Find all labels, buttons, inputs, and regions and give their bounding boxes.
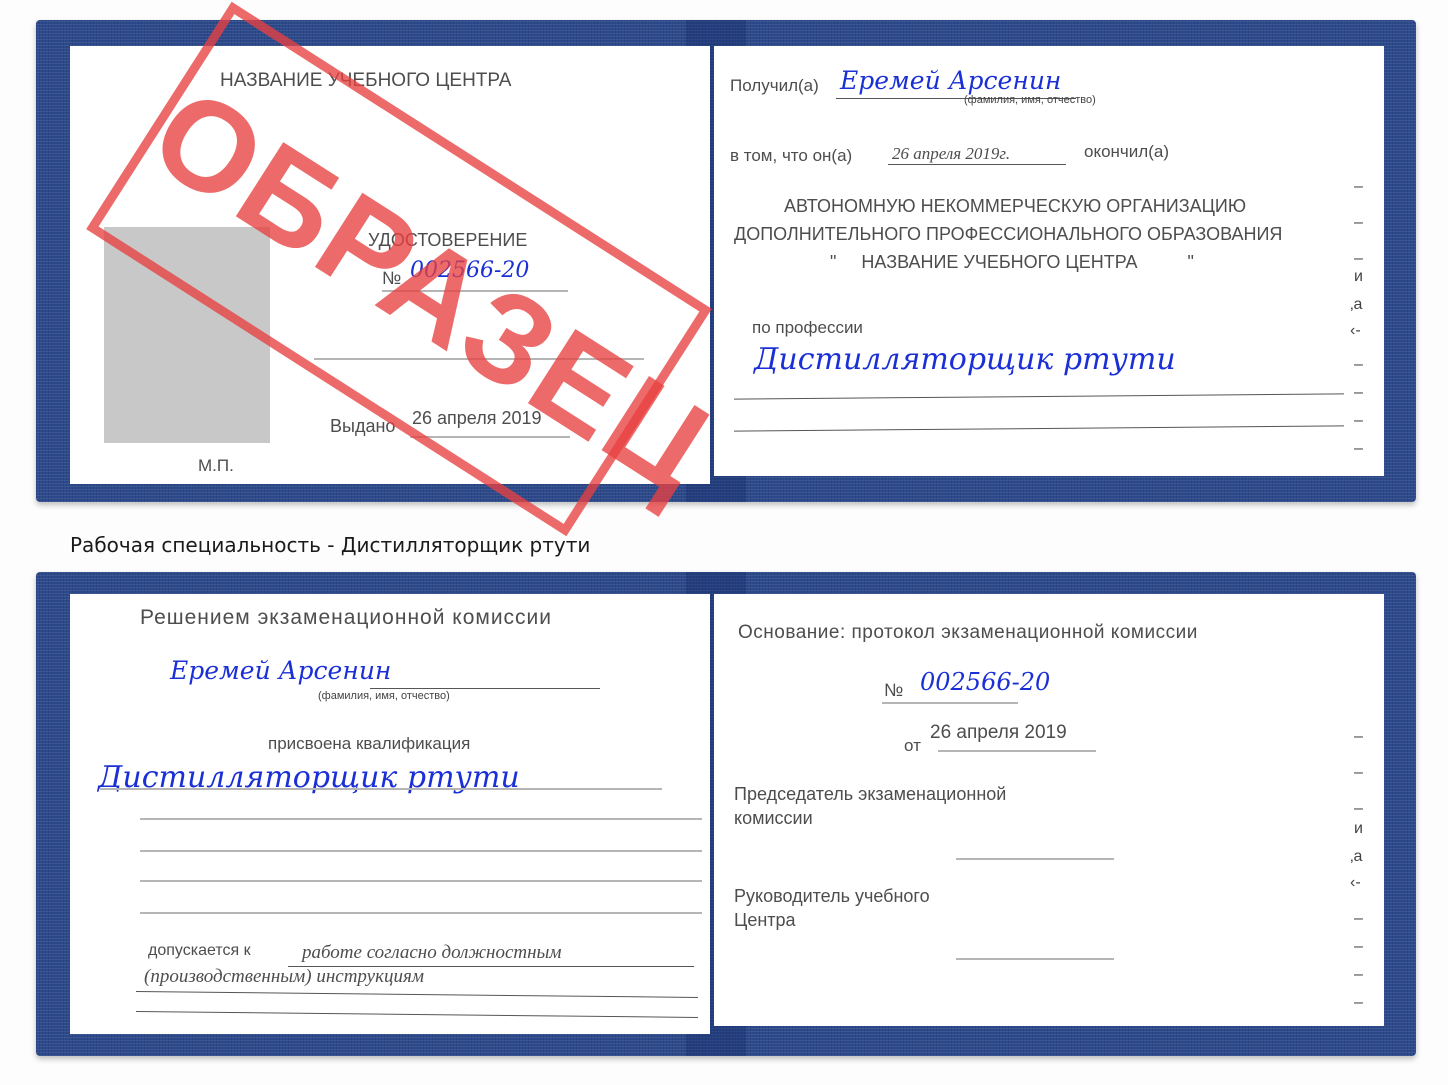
edge-mark: – xyxy=(1354,440,1363,458)
recipient-name: Еремей Арсенин xyxy=(840,66,1061,95)
protocol-number: 002566-20 xyxy=(920,668,1050,696)
head-label-1: Руководитель учебного xyxy=(734,886,930,907)
edge-mark: и xyxy=(1354,268,1363,286)
top-certificate-cover: НАЗВАНИЕ УЧЕБНОГО ЦЕНТРА УДОСТОВЕРЕНИЕ №… xyxy=(36,20,1416,502)
bottom-left-page: Решением экзаменационной комиссии Еремей… xyxy=(70,594,710,1034)
edge-mark: ‚а xyxy=(1350,296,1362,314)
org-line-2: ДОПОЛНИТЕЛЬНОГО ПРОФЕССИОНАЛЬНОГО ОБРАЗО… xyxy=(734,224,1282,245)
protocol-number-label: № xyxy=(884,680,903,701)
edge-mark: ‹- xyxy=(1350,874,1361,892)
org-line-1: АВТОНОМНУЮ НЕКОММЕРЧЕСКУЮ ОРГАНИЗАЦИЮ xyxy=(784,196,1246,217)
profession-underline-1 xyxy=(734,393,1344,399)
edge-mark: – xyxy=(1354,966,1363,984)
photo-placeholder xyxy=(104,227,270,443)
edge-mark: – xyxy=(1354,214,1363,232)
decision-label: Решением экзаменационной комиссии xyxy=(140,606,552,630)
admitted-label: допускается к xyxy=(148,942,251,960)
blank-line xyxy=(140,818,702,820)
basis-label: Основание: протокол экзаменационной коми… xyxy=(738,622,1198,644)
profession-underline-2 xyxy=(734,425,1344,431)
training-center-name: НАЗВАНИЕ УЧЕБНОГО ЦЕНТРА xyxy=(220,70,512,92)
qualification-underline xyxy=(100,788,662,790)
issued-underline xyxy=(410,436,570,438)
edge-mark: – xyxy=(1354,938,1363,956)
admitted-underline-2 xyxy=(136,991,698,998)
edge-mark: и xyxy=(1354,820,1363,838)
protocol-date-label: от xyxy=(904,736,921,756)
certificate-title: УДОСТОВЕРЕНИЕ xyxy=(368,230,527,251)
profession-label: по профессии xyxy=(752,318,863,338)
edge-mark: ‹- xyxy=(1350,322,1361,340)
finished-label: окончил(а) xyxy=(1084,142,1169,162)
that-label: в том, что он(а) xyxy=(730,146,852,166)
finish-date: 26 апреля 2019г. xyxy=(892,144,1010,164)
issued-date: 26 апреля 2019 xyxy=(412,408,542,429)
blank-line xyxy=(140,880,702,882)
edge-mark: – xyxy=(1354,412,1363,430)
profession-value: Дистилляторщик ртути xyxy=(754,342,1176,377)
received-label: Получил(а) xyxy=(730,76,819,96)
admitted-underline-3 xyxy=(136,1011,698,1018)
specialty-caption: Рабочая специальность - Дистилляторщик р… xyxy=(70,533,590,557)
top-left-page: НАЗВАНИЕ УЧЕБНОГО ЦЕНТРА УДОСТОВЕРЕНИЕ №… xyxy=(70,46,710,484)
blank-line xyxy=(140,912,702,914)
protocol-date-underline xyxy=(938,750,1096,752)
edge-mark: – xyxy=(1354,384,1363,402)
edge-mark: – xyxy=(1354,764,1363,782)
graduate-name-hint: (фамилия, имя, отчество) xyxy=(318,690,450,702)
org-line-3: " НАЗВАНИЕ УЧЕБНОГО ЦЕНТРА " xyxy=(830,252,1194,273)
bottom-certificate-cover: Решением экзаменационной комиссии Еремей… xyxy=(36,572,1416,1056)
qualification-label: присвоена квалификация xyxy=(268,734,470,754)
head-signature-line[interactable] xyxy=(956,958,1114,960)
certificate-number: 002566-20 xyxy=(410,258,529,283)
seal-label: М.П. xyxy=(198,456,234,476)
protocol-date: 26 апреля 2019 xyxy=(930,722,1067,744)
chairman-label-1: Председатель экзаменационной xyxy=(734,784,1006,805)
bottom-right-page: Основание: протокол экзаменационной коми… xyxy=(714,594,1384,1026)
issued-label: Выдано xyxy=(330,416,395,437)
graduate-name-underline xyxy=(370,688,600,689)
chairman-label-2: комиссии xyxy=(734,808,813,829)
finish-date-underline xyxy=(888,164,1066,165)
head-label-2: Центра xyxy=(734,910,796,931)
name-hint: (фамилия, имя, отчество) xyxy=(964,94,1096,106)
certificate-number-label: № xyxy=(382,268,401,289)
edge-mark: – xyxy=(1354,728,1363,746)
blank-line xyxy=(314,358,644,360)
top-right-page: Получил(а) Еремей Арсенин (фамилия, имя,… xyxy=(714,46,1384,476)
protocol-number-underline xyxy=(882,702,1018,704)
chairman-signature-line[interactable] xyxy=(956,858,1114,860)
admitted-line-1: работе согласно должностным xyxy=(302,942,562,964)
edge-mark: – xyxy=(1354,178,1363,196)
edge-mark: – xyxy=(1354,250,1363,268)
edge-mark: – xyxy=(1354,994,1363,1012)
edge-mark: – xyxy=(1354,800,1363,818)
edge-mark: – xyxy=(1354,356,1363,374)
admitted-line-2: (производственным) инструкциям xyxy=(144,966,424,988)
blank-line xyxy=(140,850,702,852)
edge-mark: – xyxy=(1354,910,1363,928)
graduate-name: Еремей Арсенин xyxy=(170,656,391,685)
number-underline xyxy=(382,290,568,292)
edge-mark: ‚а xyxy=(1350,848,1362,866)
